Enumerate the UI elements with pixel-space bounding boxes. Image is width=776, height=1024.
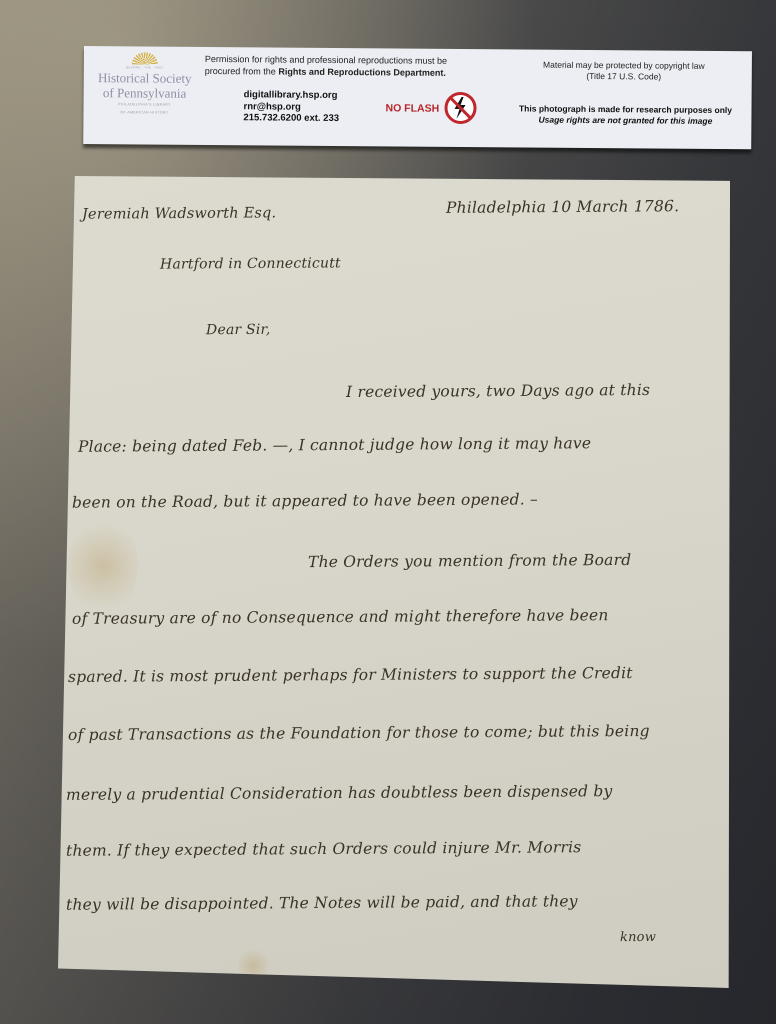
letter-body-line: I received yours, two Days ago at this — [346, 381, 650, 401]
letter-address: Hartford in Connecticutt — [160, 255, 341, 272]
research-notice: This photograph is made for research pur… — [495, 103, 755, 127]
permission-notice: Permission for rights and professional r… — [205, 53, 447, 79]
permission-line2-prefix: procured from the — [205, 66, 279, 77]
contact-email: rnr@hsp.org — [243, 101, 339, 113]
logo-tagline: BEYOND · THE · PAST — [90, 65, 200, 70]
letter-body-line: them. If they expected that such Orders … — [66, 838, 581, 860]
letter-body-line: been on the Road, but it appeared to hav… — [72, 490, 538, 511]
logo-sub-line2: OF AMERICAN HISTORY — [89, 110, 199, 116]
letter-body-line: The Orders you mention from the Board — [308, 551, 631, 571]
contact-info: digitallibrary.hsp.org rnr@hsp.org 215.7… — [243, 89, 339, 124]
letter-body-line: Place: being dated Feb. —, I cannot judg… — [78, 434, 591, 456]
logo-name-line1: Historical Society — [90, 71, 200, 85]
logo-name-line2: of Pennsylvania — [90, 86, 200, 100]
paper-stain — [68, 516, 138, 616]
hsp-logo: BEYOND · THE · PAST Historical Society o… — [89, 50, 200, 131]
permission-line2: procured from the Rights and Reproductio… — [205, 65, 447, 79]
letter-catchword: know — [620, 930, 656, 945]
letter-addressee: Jeremiah Wadsworth Esq. — [82, 205, 276, 222]
letter-body-line: spared. It is most prudent perhaps for M… — [68, 664, 633, 686]
logo-sub-line1: PHILADELPHIA'S LIBRARY — [90, 102, 200, 108]
no-flash-text: NO FLASH — [385, 102, 439, 114]
copyright-notice: Material may be protected by copyright l… — [504, 59, 744, 83]
letter-page: Jeremiah Wadsworth Esq. Philadelphia 10 … — [58, 176, 730, 988]
contact-phone: 215.732.6200 ext. 233 — [243, 112, 339, 124]
no-flash-icon — [443, 91, 477, 125]
letter-place-date: Philadelphia 10 March 1786. — [446, 197, 679, 217]
letter-salutation: Dear Sir, — [206, 322, 271, 338]
letter-body-line: of past Transactions as the Foundation f… — [68, 722, 650, 744]
rights-department: Rights and Reproductions Department. — [278, 67, 446, 78]
sunburst-icon — [132, 52, 158, 64]
copyright-line2: (Title 17 U.S. Code) — [504, 70, 744, 83]
letter-body-line: merely a prudential Consideration has do… — [66, 782, 613, 804]
letter-body-line: of Treasury are of no Consequence and mi… — [72, 606, 609, 628]
research-line2: Usage rights are not granted for this im… — [538, 115, 712, 126]
reproduction-notice-label: BEYOND · THE · PAST Historical Society o… — [83, 46, 752, 149]
letter-body-line: they will be disappointed. The Notes wil… — [66, 892, 578, 914]
contact-website: digitallibrary.hsp.org — [244, 89, 340, 101]
